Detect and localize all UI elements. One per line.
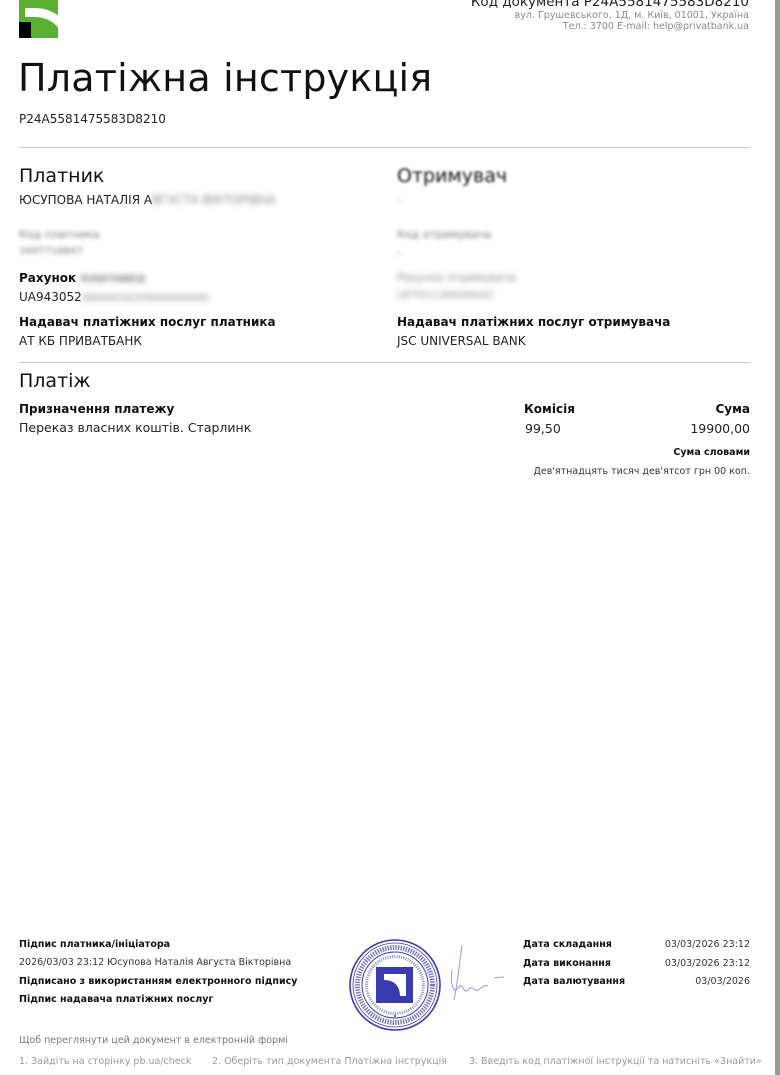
payment-heading: Платіж xyxy=(19,370,91,392)
purpose-label: Призначення платежу xyxy=(19,402,174,416)
date-label: Дата валютування xyxy=(523,976,625,987)
date-label: Дата складання xyxy=(523,939,612,950)
recipient-provider-value: JSC UNIVERSAL BANK xyxy=(397,334,526,348)
fee-label: Комісія xyxy=(524,402,575,416)
amount-value: 19900,00 xyxy=(690,421,750,436)
signature-icon xyxy=(432,940,512,1010)
purpose-value: Переказ власних коштів. Старлинк xyxy=(19,420,251,435)
amount-words-value: Дев'ятнадцять тисяч дев'ятсот грн 00 коп… xyxy=(533,466,750,477)
recipient-code-label: Код отримувача xyxy=(397,228,491,241)
payer-code-value: 3497716847 xyxy=(19,246,83,257)
doc-code: Код документа P24A5581475583D8210 xyxy=(471,0,749,10)
check-step-1: 1. Зайдіть на сторінку pb.ua/check xyxy=(19,1056,191,1067)
date-value: 03/03/2026 xyxy=(695,976,750,987)
doc-id: P24A5581475583D8210 xyxy=(19,112,166,126)
payer-provider-label: Надавач платіжних послуг платника xyxy=(19,315,276,329)
recipient-account-value: UZ7011184500042 xyxy=(397,290,494,301)
recipient-provider-label: Надавач платіжних послуг отримувача xyxy=(397,315,670,329)
date-value: 03/03/2026 23:12 xyxy=(665,958,750,969)
check-step-2: 2. Оберіть тип документа Платіжна інстру… xyxy=(212,1056,447,1067)
esign-note: Підписано з використанням електронного п… xyxy=(19,976,297,987)
privatbank-logo-icon xyxy=(19,0,58,38)
bank-stamp-icon xyxy=(348,938,442,1032)
fee-value: 99,50 xyxy=(525,421,561,436)
payer-signature-name: Юсупова Наталія Августа Вікторівна xyxy=(107,957,291,968)
recipient-code-value: - xyxy=(397,246,401,260)
check-hint: Щоб переглянути цей документ в електронн… xyxy=(19,1035,288,1046)
page-title: Платіжна інструкція xyxy=(18,56,432,100)
check-step-3: 3. Введіть код платіжної інструкції та н… xyxy=(469,1056,762,1067)
amount-words-label: Сума словами xyxy=(673,447,750,458)
recipient-heading: Отримувач xyxy=(397,165,507,187)
divider xyxy=(19,147,750,148)
payer-heading: Платник xyxy=(19,165,104,187)
recipient-name: - xyxy=(397,193,401,207)
recipient-account-label: Рахунок отримувача xyxy=(397,271,516,284)
payer-name: ЮСУПОВА НАТАЛІЯ АВГУСТА ВІКТОРІВНА xyxy=(19,193,276,207)
header-info: Код документа P24A5581475583D8210 вул. Г… xyxy=(471,0,749,32)
provider-signature-label: Підпис надавача платіжних послуг xyxy=(19,994,213,1005)
payer-signature-datetime: 2026/03/03 23:12 xyxy=(19,957,104,968)
payer-provider-value: АТ КБ ПРИВАТБАНК xyxy=(19,334,142,348)
amount-label: Сума xyxy=(715,402,750,416)
payer-code-label: Код платника xyxy=(19,228,100,241)
bank-contacts: Тел.: 3700 E-mail: help@privatbank.ua xyxy=(471,21,749,32)
payer-account-value: UA94305299000026209000000000 xyxy=(19,290,209,304)
date-label: Дата виконання xyxy=(523,958,611,969)
divider xyxy=(19,362,750,363)
payer-account-label: Рахунок платника xyxy=(19,271,145,285)
payer-signature-label: Підпис платника/ініціатора xyxy=(19,939,170,950)
scrollbar[interactable] xyxy=(775,0,780,1075)
bank-address: вул. Грушевського, 1Д, м. Київ, 01001, У… xyxy=(471,10,749,21)
date-value: 03/03/2026 23:12 xyxy=(665,939,750,950)
